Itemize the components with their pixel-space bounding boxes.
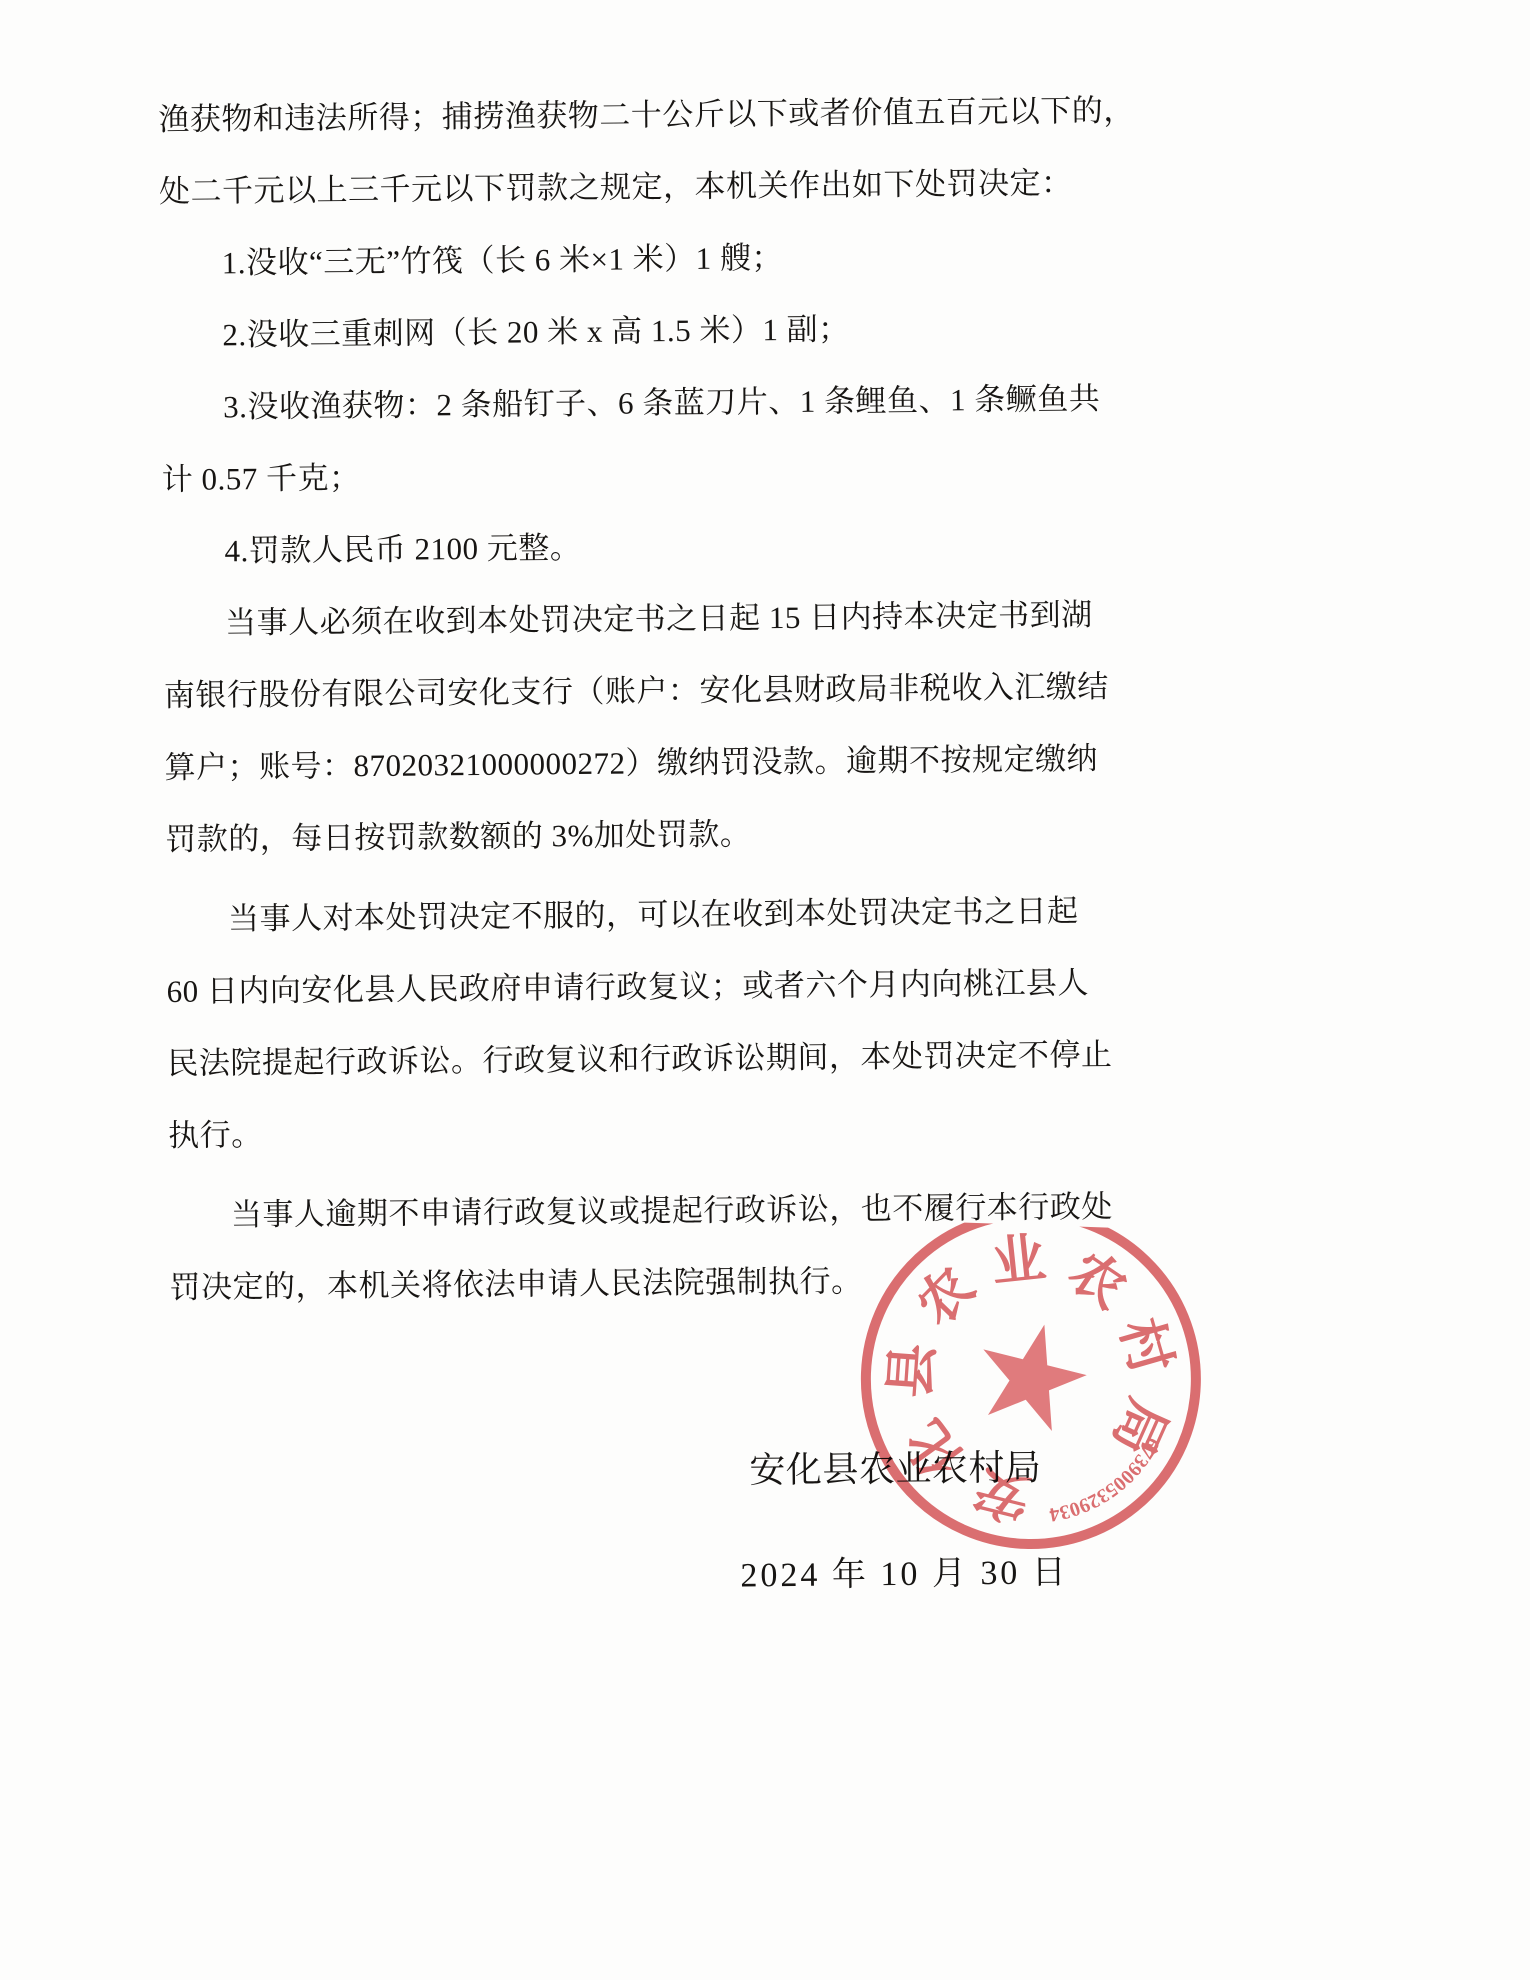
document-line: 60 日内向安化县人民政府申请行政复议；或者六个月内向桃江县人 [166,947,1132,1028]
scanned-document-page: 渔获物和违法所得；捕捞渔获物二十公斤以下或者价值五百元以下的，处二千元以上三千元… [0,0,1530,1980]
svg-text:化: 化 [894,1409,975,1489]
svg-text:安: 安 [969,1459,1036,1530]
document-line: 计 0.57 千克； [161,435,1127,516]
document-line: 算户；账号：87020321000000272）缴纳罚没款。逾期不按规定缴纳 [164,723,1130,804]
document-line: 2.没收三重刺网（长 20 米 x 高 1.5 米）1 副； [160,291,1126,372]
svg-text:村: 村 [1109,1312,1182,1380]
official-seal: 安化县农业农村局 4309235009376 [845,1219,1215,1589]
seal-serial: 4309235009376 [1047,1431,1164,1530]
svg-text:业: 业 [988,1228,1048,1293]
document-line: 当事人必须在收到本处罚决定书之日起 15 日内持本决定书到湖 [163,579,1129,660]
document-line: 执行。 [168,1091,1134,1172]
document-line: 1.没收“三无”竹筏（长 6 米×1 米）1 艘； [159,219,1125,300]
document-line: 南银行股份有限公司安化支行（账户：安化县财政局非税收入汇缴结 [164,651,1130,732]
svg-text:县: 县 [880,1342,944,1400]
document-line: 3.没收渔获物：2 条船钉子、6 条蓝刀片、1 条鲤鱼、1 条鳜鱼共 [161,363,1127,444]
document-line: 4.罚款人民币 2100 元整。 [162,507,1128,588]
document-line: 当事人对本处罚决定不服的，可以在收到本处罚决定书之日起 [166,875,1132,956]
document-line: 罚款的，每日按罚款数额的 3%加处罚款。 [165,795,1131,876]
svg-text:农: 农 [905,1256,986,1337]
svg-text:农: 农 [1058,1240,1136,1320]
document-line: 处二千元以上三千元以下罚款之规定，本机关作出如下处罚决定： [159,147,1125,228]
seal-star [981,1323,1089,1433]
document-line: 渔获物和违法所得；捕捞渔获物二十公斤以下或者价值五百元以下的， [158,75,1124,156]
document-line: 民法院提起行政诉讼。行政复议和行政诉讼期间，本处罚决定不停止 [167,1019,1133,1100]
